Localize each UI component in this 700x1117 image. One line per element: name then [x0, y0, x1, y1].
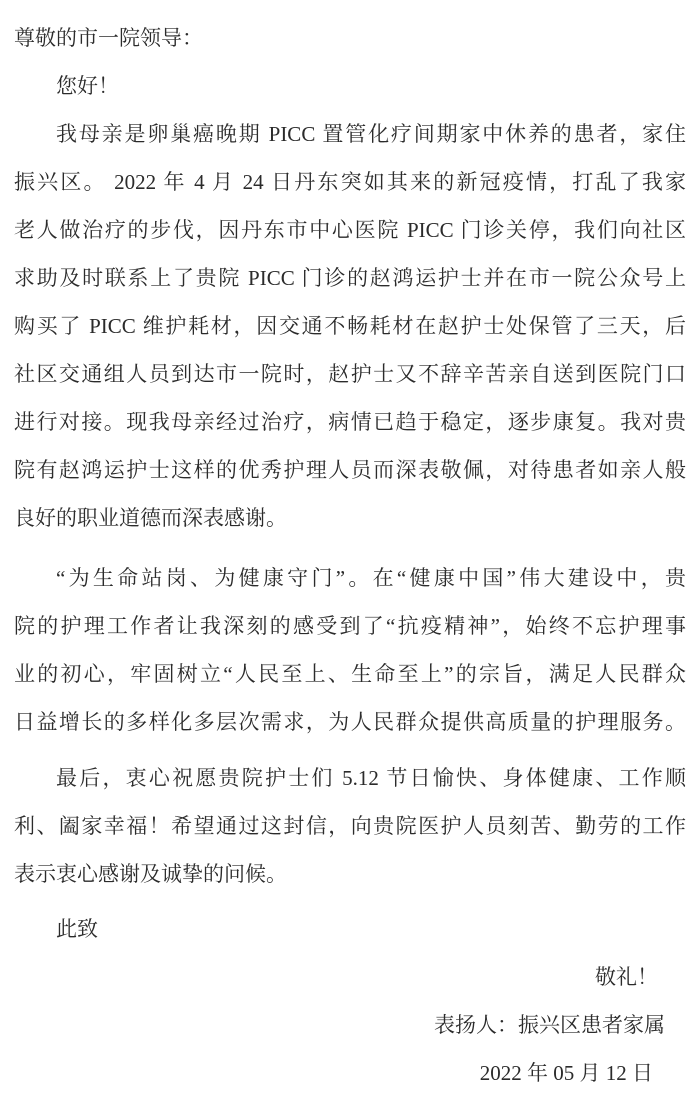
body-line: 日益增长的多样化多层次需求，为人民群众提供高质量的护理服务。 — [14, 698, 686, 746]
body-line: 院的护理工作者让我深刻的感受到了“抗疫精神”，始终不忘护理事 — [14, 602, 686, 650]
body-line: 我母亲是卵巢癌晚期 PICC 置管化疗间期家中休养的患者，家住 — [14, 110, 686, 158]
body-line: 业的初心，牢固树立“人民至上、生命至上”的宗旨，满足人民群众 — [14, 650, 686, 698]
closing-signature-line: 表扬人：振兴区患者家属 — [14, 1001, 686, 1049]
body-line: 最后，衷心祝愿贵院护士们 5.12 节日愉快、身体健康、工作顺 — [14, 754, 686, 802]
closing-salute-line: 敬礼！ — [14, 953, 686, 1001]
greeting-line: 您好！ — [14, 62, 686, 110]
salutation-line: 尊敬的市一院领导： — [14, 14, 686, 62]
body-line: 社区交通组人员到达市一院时，赵护士又不辞辛苦亲自送到医院门口 — [14, 350, 686, 398]
closing-date-line: 2022 年 05 月 12 日 — [14, 1049, 686, 1097]
body-line: 利、阖家幸福！希望通过这封信，向贵院医护人员刻苦、勤劳的工作 — [14, 802, 686, 850]
letter-document: 尊敬的市一院领导： 您好！ 我母亲是卵巢癌晚期 PICC 置管化疗间期家中休养的… — [0, 0, 700, 1117]
body-line: 良好的职业道德而深表感谢。 — [14, 494, 686, 542]
body-line: 进行对接。现我母亲经过治疗，病情已趋于稳定，逐步康复。我对贵 — [14, 398, 686, 446]
body-line: 院有赵鸿运护士这样的优秀护理人员而深表敬佩，对待患者如亲人般 — [14, 446, 686, 494]
body-line: 购买了 PICC 维护耗材，因交通不畅耗材在赵护士处保管了三天，后 — [14, 302, 686, 350]
closing-cizhi-line: 此致 — [14, 905, 686, 953]
body-line: 求助及时联系上了贵院 PICC 门诊的赵鸿运护士并在市一院公众号上 — [14, 254, 686, 302]
body-line: 表示衷心感谢及诚挚的问候。 — [14, 850, 686, 898]
body-line: “为生命站岗、为健康守门”。在“健康中国”伟大建设中，贵 — [14, 554, 686, 602]
body-line: 老人做治疗的步伐，因丹东市中心医院 PICC 门诊关停，我们向社区 — [14, 206, 686, 254]
body-line: 振兴区。 2022 年 4 月 24 日丹东突如其来的新冠疫情，打乱了我家 — [14, 158, 686, 206]
